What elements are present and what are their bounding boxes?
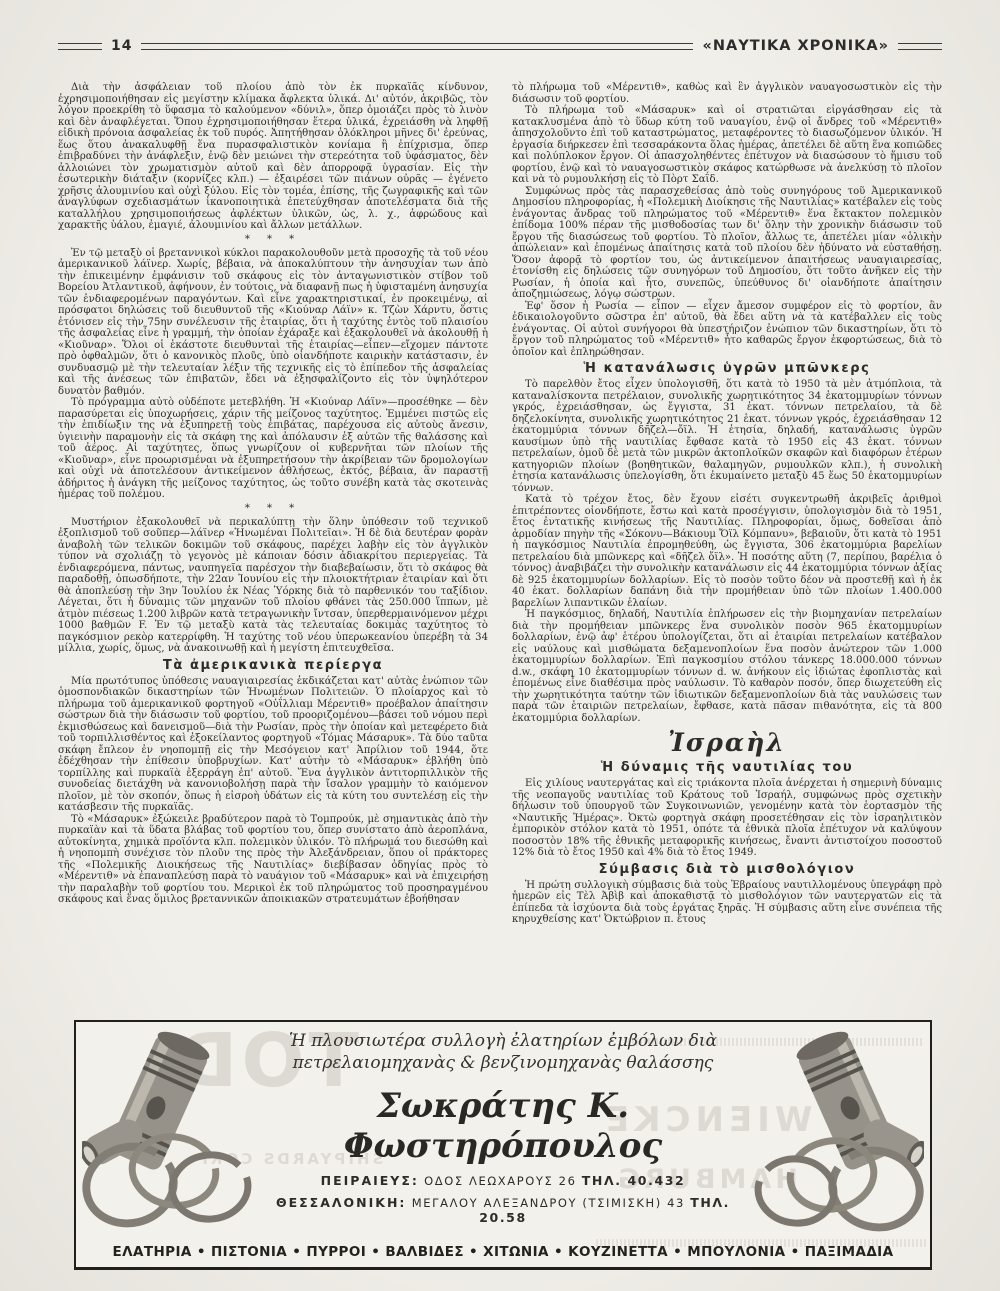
header-rule-right — [898, 43, 942, 50]
article-paragraph: Τὸ «Μάσαρυκ» ἐξώκειλε βραδύτερον παρὰ τὸ… — [58, 814, 488, 906]
piston-rings-icon — [78, 1119, 258, 1239]
article-paragraph: Ἡ παγκόσμιος, δηλαδή, Ναυτιλία ἐπλήρωσεν… — [512, 609, 942, 724]
ad-content: Ἡ πλουσιωτέρα συλλογὴ ἐλατηρίων ἐμβόλων … — [258, 1030, 748, 1225]
left-column: Διὰ τὴν ἀσφάλειαν τοῦ πλοίου ἀπὸ τὸν ἐκ … — [58, 82, 488, 926]
ad-products-list: ΕΛΑΤΗΡΙΑ • ΠΙΣΤΟΝΙΑ • ΠΥΡΡΟΙ • ΒΑΛΒΙΔΕΣ … — [90, 1244, 916, 1260]
ad-owner-name: Σωκράτης Κ. Φωστηρόπουλος — [258, 1086, 748, 1166]
article-paragraph: Ἐφ' ὅσον ἡ Ρωσία — εἶπον — εἶχεν ἄμεσον … — [512, 301, 942, 359]
heading-bunkers-consumption: Ἡ κατανάλωσις ὑγρῶν μπῶνκερς — [512, 361, 942, 377]
ad-city-label: ΠΕΙΡΑΙΕΥΣ: — [321, 1173, 419, 1188]
ad-address-salonica: ΘΕΣΣΑΛΟΝΙΚΗ: ΜΕΓΑΛΟΥ ΑΛΕΞΑΝΔΡΟΥ (ΤΣΙΜΙΣΚ… — [258, 1195, 748, 1225]
article-paragraph: Τὸ πλήρωμα τοῦ «Μάσαρυκ» καὶ οἱ στρατιῶτ… — [512, 105, 942, 186]
article-paragraph: Ἐν τῷ μεταξὺ οἱ βρεταννικοὶ κύκλοι παρακ… — [58, 248, 488, 398]
scanned-magazine-page: { "header": { "page_number": "14", "mast… — [0, 0, 1000, 1291]
heading-american-curiosities: Τὰ ἀμερικανικὰ περίεργα — [58, 658, 488, 674]
article-paragraph: Μία πρωτότυπος ὑπόθεσις ναυαγιαιρεσίας ἐ… — [58, 676, 488, 814]
article-body: Διὰ τὴν ἀσφάλειαν τοῦ πλοίου ἀπὸ τὸν ἐκ … — [58, 82, 942, 926]
right-column: τὸ πλήρωμα τοῦ «Μέρεντιθ», καθὼς καὶ ἓν … — [512, 82, 942, 926]
article-paragraph: Τὸ πρόγραμμα αὐτὸ οὐδέποτε μετεβλήθη. Ἡ … — [58, 397, 488, 501]
header-rule-middle — [141, 43, 693, 50]
article-paragraph: Μυστήριον ἐξακολουθεῖ νὰ περικαλύπτῃ τὴν… — [58, 517, 488, 655]
heading-israel: Ἰσραὴλ — [512, 729, 942, 757]
article-paragraph: Ἡ πρώτη συλλογικὴ σύμβασις διὰ τοὺς Ἑβρα… — [512, 880, 942, 926]
masthead-title: «ΝΑΥΤΙΚΑ ΧΡΟΝΙΚΑ» — [702, 38, 889, 54]
page-header: 14 «ΝΑΥΤΙΚΑ ΧΡΟΝΙΚΑ» — [58, 38, 942, 54]
ad-tagline: Ἡ πλουσιωτέρα συλλογὴ ἐλατηρίων ἐμβόλων … — [258, 1030, 748, 1074]
section-separator: * * * — [58, 233, 488, 247]
article-paragraph: Τὸ παρελθὸν ἔτος εἶχεν ὑπολογισθῆ, ὅτι κ… — [512, 379, 942, 494]
header-rule-left — [58, 43, 102, 50]
page-number: 14 — [111, 38, 132, 54]
article-paragraph: Κατὰ τὸ τρέχον ἔτος, δὲν ἔχουν εἰσέτι συ… — [512, 494, 942, 609]
article-paragraph: τὸ πλήρωμα τοῦ «Μέρεντιθ», καθὼς καὶ ἓν … — [512, 82, 942, 105]
subheading-israel-fleet: Ἡ δύναμις τῆς ναυτιλίας του — [512, 760, 942, 776]
ad-street: ΜΕΓΑΛΟΥ ΑΛΕΞΑΝΔΡΟΥ (ΤΣΙΜΙΣΚΗ) 43 — [412, 1196, 685, 1210]
ad-tagline-line1: Ἡ πλουσιωτέρα συλλογὴ ἐλατηρίων ἐμβόλων … — [258, 1030, 748, 1052]
heading-wage-contract: Σύμβασις διὰ τὸ μισθολόγιον — [512, 862, 942, 878]
section-separator: * * * — [58, 502, 488, 516]
piston-rings-icon — [748, 1123, 928, 1243]
ad-phone: ΤΗΛ. 40.432 — [582, 1173, 686, 1188]
article-paragraph: Συμφώνως πρὸς τὰς παρασχεθείσας ἀπὸ τοὺς… — [512, 186, 942, 301]
ad-tagline-line2: πετρελαιομηχανὰς & βενζινομηχανὰς θαλάσσ… — [258, 1052, 748, 1074]
advertisement-box: TOD SHIPYARDS CORP WIENCKE HAMBURG — [74, 1020, 932, 1270]
article-paragraph: Διὰ τὴν ἀσφάλειαν τοῦ πλοίου ἀπὸ τὸν ἐκ … — [58, 82, 488, 232]
ad-address-piraeus: ΠΕΙΡΑΙΕΥΣ: ΟΔΟΣ ΛΕΩΧΑΡΟΥΣ 26 ΤΗΛ. 40.432 — [258, 1173, 748, 1188]
article-paragraph: Εἰς χιλίους ναυτεργάτας καὶ εἰς τριάκοντ… — [512, 778, 942, 859]
ad-street: ΟΔΟΣ ΛΕΩΧΑΡΟΥΣ 26 — [424, 1174, 576, 1188]
ad-city-label: ΘΕΣΣΑΛΟΝΙΚΗ: — [276, 1195, 406, 1210]
